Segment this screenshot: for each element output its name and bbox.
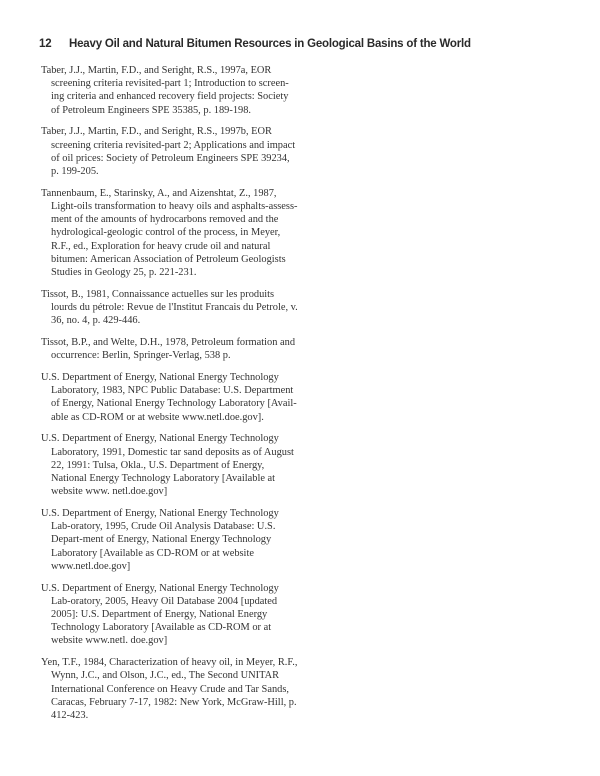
running-header: 12 Heavy Oil and Natural Bitumen Resourc…: [39, 38, 471, 50]
reference-entry: U.S. Department of Energy, National Ener…: [41, 507, 299, 573]
reference-entry: Yen, T.F., 1984, Characterization of hea…: [41, 656, 299, 722]
reference-entry: U.S. Department of Energy, National Ener…: [41, 371, 299, 424]
reference-entry: U.S. Department of Energy, National Ener…: [41, 582, 299, 648]
reference-entry: U.S. Department of Energy, National Ener…: [41, 432, 299, 498]
reference-entry: Tissot, B., 1981, Connaissance actuelles…: [41, 288, 299, 328]
running-title: Heavy Oil and Natural Bitumen Resources …: [69, 38, 471, 50]
reference-entry: Tannenbaum, E., Starinsky, A., and Aizen…: [41, 187, 299, 279]
reference-entry: Taber, J.J., Martin, F.D., and Seright, …: [41, 64, 299, 117]
reference-list: Taber, J.J., Martin, F.D., and Seright, …: [41, 64, 299, 731]
reference-entry: Tissot, B.P., and Welte, D.H., 1978, Pet…: [41, 336, 299, 362]
page-number: 12: [39, 38, 69, 50]
reference-entry: Taber, J.J., Martin, F.D., and Seright, …: [41, 125, 299, 178]
